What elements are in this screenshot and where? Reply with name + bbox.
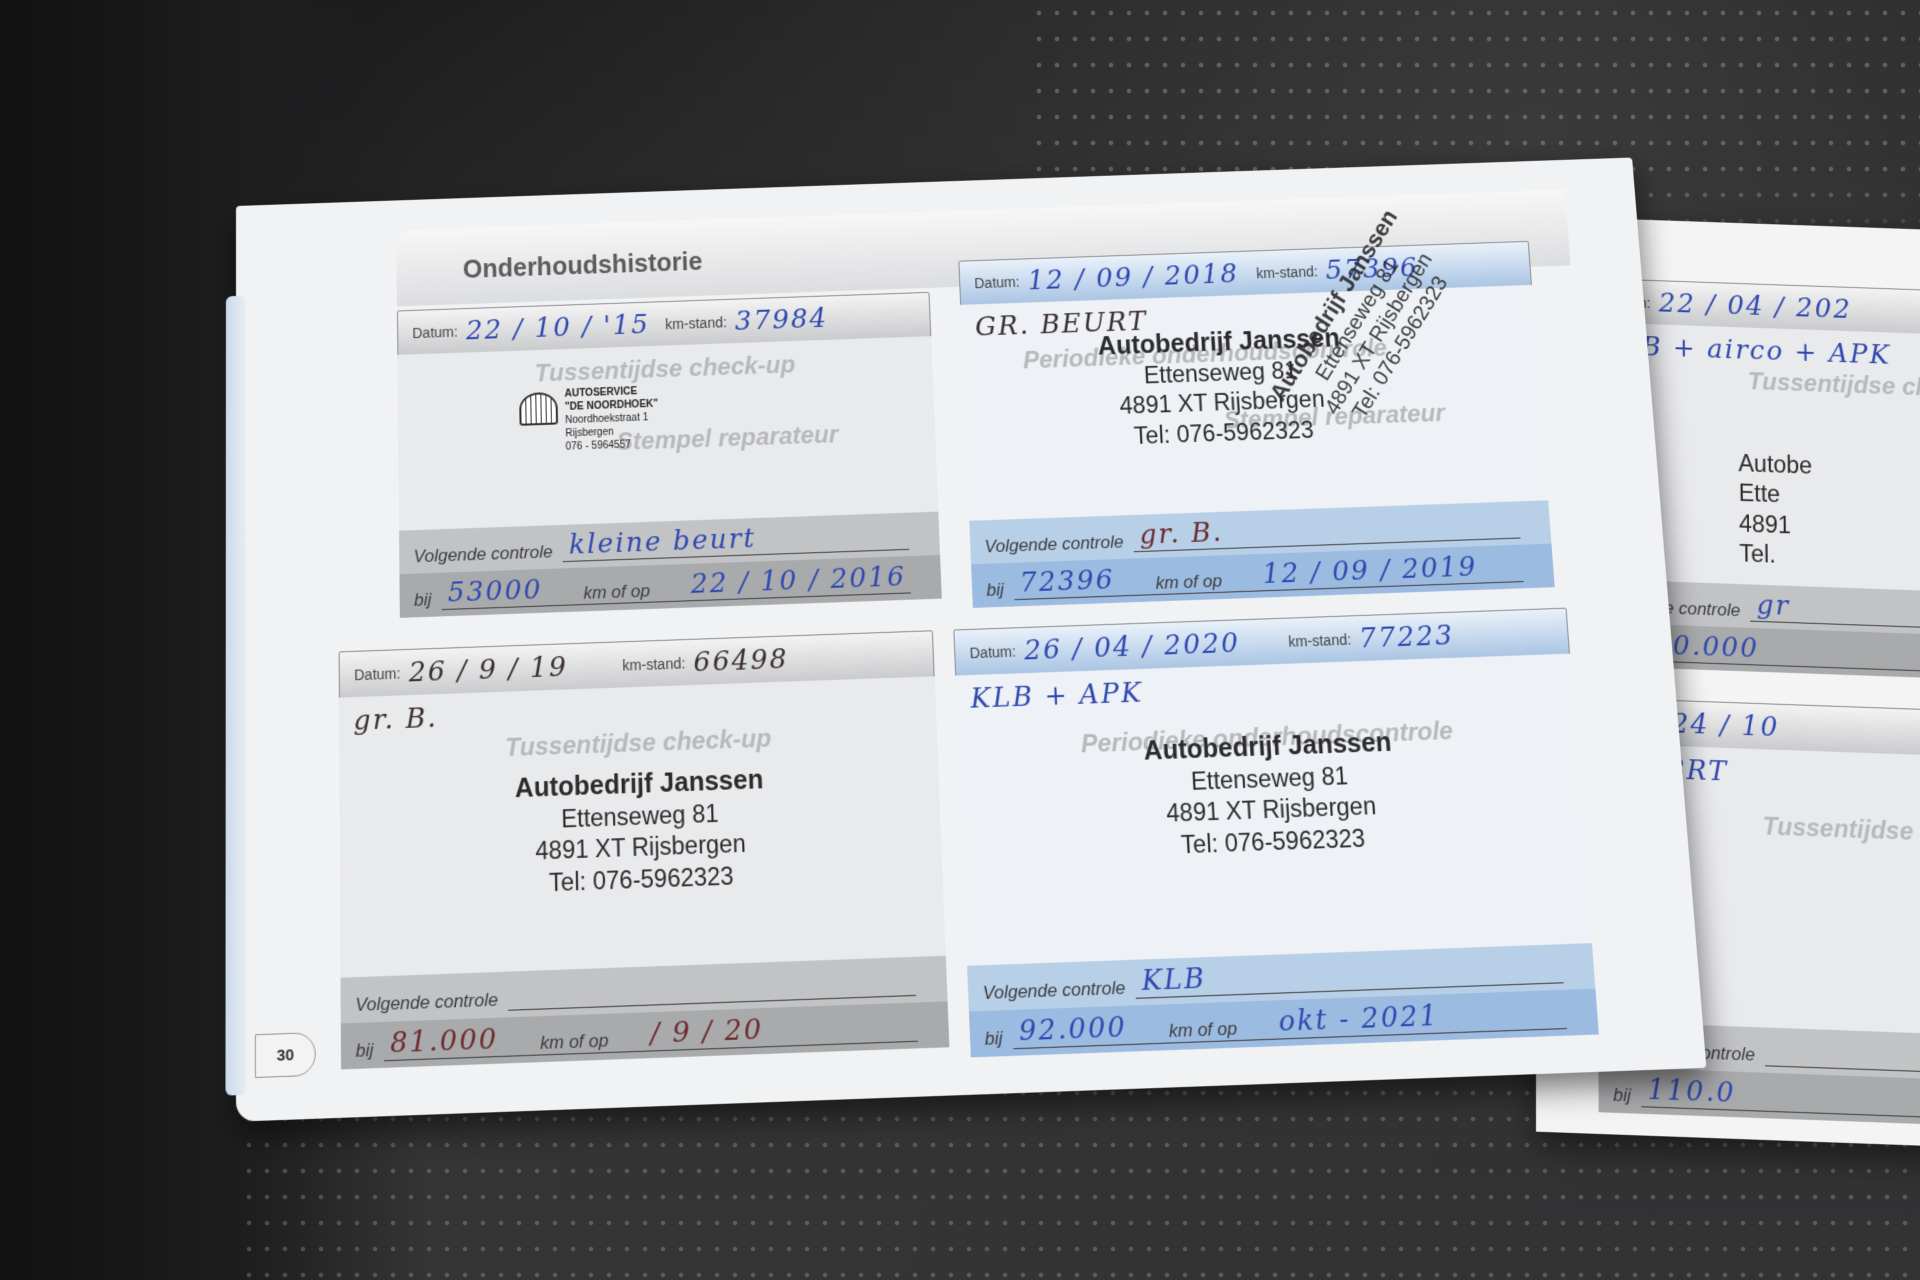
next-date-value: 22 / 10 / 2016 bbox=[690, 561, 906, 600]
km-stand-label: km-stand: bbox=[1256, 263, 1319, 281]
entry-body: KLB + APK Periodieke onderhoudscontrole … bbox=[955, 654, 1592, 966]
entry-body: Tussentijdse check-up Stempel reparateur… bbox=[397, 336, 938, 531]
entry-km: 77223 bbox=[1358, 620, 1455, 655]
km-or-on-label: km of op bbox=[540, 1030, 609, 1054]
booklet-page-30: Onderhoudshistorie Datum: 22 / 10 / '15 … bbox=[236, 158, 1706, 1122]
km-or-on-label: km of op bbox=[583, 581, 650, 604]
next-km-value: 92.000 bbox=[1018, 1011, 1127, 1048]
entry-note: gr. B. bbox=[353, 702, 438, 737]
watermark-interim: Tussentijdse check-up bbox=[397, 346, 932, 393]
next-check-label: Volgende controle bbox=[355, 989, 498, 1016]
entry-date: 26 / 04 / 2020 bbox=[1023, 626, 1281, 667]
next-check-label: Volgende controle bbox=[984, 532, 1124, 558]
at-label: bij bbox=[414, 590, 432, 611]
date-label: Datum: bbox=[412, 323, 458, 341]
next-date-value: / 9 / 20 bbox=[650, 1014, 764, 1051]
date-label: Datum: bbox=[354, 665, 400, 683]
next-check-value: KLB bbox=[1141, 963, 1207, 998]
km-stand-label: km-stand: bbox=[665, 314, 727, 332]
next-check-section: Volgende controlekleine beurt bij53000km… bbox=[399, 512, 942, 618]
page-number: 30 bbox=[255, 1032, 316, 1078]
next-check-label: Volgende controle bbox=[982, 977, 1125, 1004]
service-entry: Datum: 22 / 10 / '15 km-stand: 37984 Tus… bbox=[397, 292, 942, 618]
stamp-line: Tel. bbox=[1739, 539, 1920, 580]
km-or-on-label: km of op bbox=[1168, 1018, 1237, 1042]
next-km-value: 81.000 bbox=[390, 1023, 498, 1060]
entry-date: 22 / 10 / '15 bbox=[466, 309, 658, 346]
garage-stamp: Autobedrijf Janssen Ettenseweg 81 4891 X… bbox=[339, 756, 943, 906]
shell-stamp: AUTOSERVICE "DE NOORDHOEK" Noordhoekstra… bbox=[564, 384, 659, 454]
entry-date: 26 / 9 / 19 bbox=[409, 650, 615, 689]
at-label: bij bbox=[356, 1040, 374, 1063]
next-km-value: 53000 bbox=[448, 574, 543, 609]
at-label: bij bbox=[1613, 1085, 1631, 1107]
next-check-value: kleine beurt bbox=[569, 523, 757, 561]
entry-body: gr. B. Tussentijdse check-up Autobedrijf… bbox=[339, 676, 946, 977]
date-label: Datum: bbox=[969, 643, 1016, 661]
entry-km: 66498 bbox=[693, 644, 789, 679]
service-entry: Datum: 26 / 9 / 19 km-stand: 66498 gr. B… bbox=[339, 630, 950, 1069]
entry-date: 24 / 10 bbox=[1671, 708, 1779, 743]
km-stand-label: km-stand: bbox=[622, 655, 685, 674]
next-date-value: 12 / 09 / 2019 bbox=[1262, 552, 1479, 591]
at-label: bij bbox=[984, 1028, 1003, 1051]
entry-note: KLB + APK bbox=[970, 677, 1144, 715]
page-edge bbox=[225, 296, 246, 1096]
garage-stamp: Autobedrijf Janssen Ettenseweg 81 4891 X… bbox=[958, 719, 1585, 869]
at-label: bij bbox=[986, 580, 1004, 601]
entry-date: 12 / 09 / 2018 bbox=[1027, 259, 1249, 297]
next-check-value: gr. B. bbox=[1139, 517, 1224, 551]
km-stand-label: km-stand: bbox=[1288, 631, 1352, 650]
watermark-interim: Tussentijdse check-up bbox=[1762, 812, 1920, 852]
next-check-value: gr bbox=[1756, 590, 1790, 622]
maintenance-booklet: Datum: 22 / 04 / 202 KLB + airco + APK T… bbox=[236, 206, 1920, 1106]
next-date-value: okt - 2021 bbox=[1278, 1000, 1440, 1039]
garage-stamp: Autobe Ette 4891 Tel. bbox=[1738, 449, 1920, 580]
next-km-value: 72396 bbox=[1019, 564, 1115, 599]
service-entry: Datum: 26 / 04 / 2020 km-stand: 77223 KL… bbox=[953, 608, 1599, 1058]
shell-logo-icon bbox=[519, 392, 558, 426]
date-label: Datum: bbox=[974, 274, 1020, 292]
entry-date: 22 / 04 / 202 bbox=[1659, 288, 1853, 325]
next-km-value: 110.0 bbox=[1647, 1074, 1735, 1110]
km-or-on-label: km of op bbox=[1155, 571, 1223, 594]
next-check-label: Volgende controle bbox=[413, 542, 552, 568]
entry-km: 37984 bbox=[735, 303, 829, 336]
watermark-interim: Tussentijdse check-up bbox=[1748, 368, 1920, 406]
